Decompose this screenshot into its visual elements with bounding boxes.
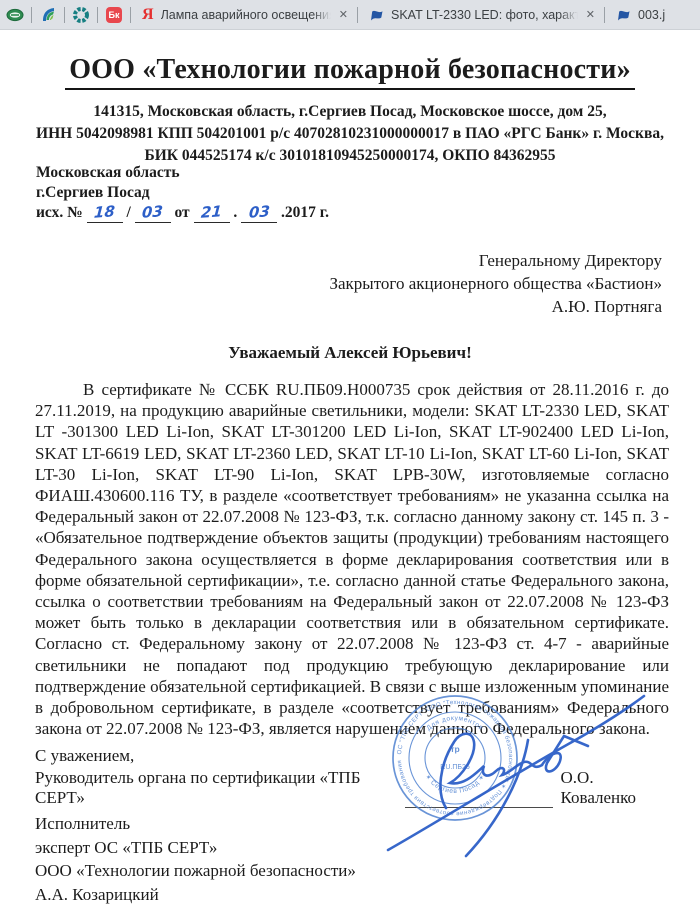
pinned-tab-fan-logo-icon[interactable] bbox=[33, 6, 63, 23]
executor-block: Исполнитель эксперт ОС «ТПБ СЕРТ» ООО «Т… bbox=[35, 812, 356, 906]
recipient-line: Закрытого акционерного общества «Бастион… bbox=[329, 272, 662, 295]
letter-document: ООО «Технологии пожарной безопасности» 1… bbox=[0, 30, 700, 910]
executor-line: эксперт ОС «ТПБ СЕРТ» bbox=[35, 836, 356, 860]
address-line: ИНН 5042098981 КПП 504201001 р/с 4070281… bbox=[0, 123, 700, 145]
tab-003-image[interactable]: 003.j bbox=[606, 0, 700, 30]
teal-wheel-logo-icon bbox=[72, 6, 90, 24]
closing-regards: С уважением, bbox=[35, 746, 134, 766]
tab-separator bbox=[130, 7, 131, 23]
ref-slash: / bbox=[126, 204, 130, 221]
place-line: г.Сергиев Посад bbox=[36, 183, 180, 203]
recipient-block: Генеральному Директору Закрытого акционе… bbox=[329, 249, 662, 318]
fan-logo-icon bbox=[40, 6, 57, 23]
green-oval-logo-icon bbox=[6, 8, 24, 22]
tab-title: Лампа аварийного освещения S bbox=[161, 8, 331, 22]
bk-logo-icon: Бк bbox=[106, 7, 122, 23]
tab-separator bbox=[31, 7, 32, 23]
recipient-line: Генеральному Директору bbox=[329, 249, 662, 272]
salutation: Уважаемый Алексей Юрьевич! bbox=[0, 343, 700, 363]
tab-skat-lt-2330[interactable]: SKAT LT-2330 LED: фото, характе ✕ bbox=[359, 0, 603, 30]
ref-suffix: .2017 г. bbox=[281, 204, 329, 221]
ref-ot: от bbox=[175, 204, 190, 221]
letter-body: В сертификате № ССБК RU.ПБ09.Н000735 сро… bbox=[35, 379, 669, 739]
closing-position: Руководитель органа по сертификации «ТПБ… bbox=[35, 768, 397, 808]
address-line: 141315, Московская область, г.Сергиев По… bbox=[0, 101, 700, 123]
pinned-tab-bk-logo-icon[interactable]: Бк bbox=[99, 7, 129, 23]
tab-separator bbox=[97, 7, 98, 23]
signature-line bbox=[405, 791, 553, 808]
executor-line: ООО «Технологии пожарной безопасности» bbox=[35, 859, 356, 883]
tab-close-icon[interactable]: ✕ bbox=[337, 6, 350, 23]
yandex-favicon-icon: Я bbox=[142, 7, 154, 23]
handwritten-number: 21 bbox=[201, 202, 223, 222]
ref-prefix: исх. № bbox=[36, 204, 83, 221]
handwritten-number: 03 bbox=[248, 202, 270, 222]
tab-close-icon[interactable]: ✕ bbox=[584, 6, 597, 23]
tab-title: SKAT LT-2330 LED: фото, характе bbox=[391, 8, 578, 22]
image-file-favicon-icon bbox=[616, 8, 631, 22]
stamp-emblem: тр bbox=[450, 744, 459, 754]
outgoing-ref-line: исх. № 18 / 03 от 21 . 03 .2017 г. bbox=[36, 203, 329, 223]
place-block: Московская область г.Сергиев Посад bbox=[36, 163, 180, 203]
image-file-favicon-icon bbox=[369, 8, 384, 22]
pinned-tab-green-oval-logo-icon[interactable] bbox=[0, 8, 30, 22]
place-line: Московская область bbox=[36, 163, 180, 183]
tab-yandex-search[interactable]: Я Лампа аварийного освещения S ✕ bbox=[132, 0, 356, 30]
ref-dot: . bbox=[233, 204, 237, 221]
tab-separator bbox=[604, 7, 605, 23]
browser-tab-bar: Бк Я Лампа аварийного освещения S ✕ SKAT… bbox=[0, 0, 700, 30]
handwritten-number: 03 bbox=[142, 202, 164, 222]
closing-signature-row: Руководитель органа по сертификации «ТПБ… bbox=[35, 768, 668, 808]
tab-separator bbox=[64, 7, 65, 23]
tab-separator bbox=[357, 7, 358, 23]
executor-line: А.А. Козарицкий bbox=[35, 883, 356, 907]
pinned-tab-teal-wheel-logo-icon[interactable] bbox=[66, 6, 96, 24]
recipient-line: А.Ю. Портняга bbox=[329, 295, 662, 318]
closing-name: О.О. Коваленко bbox=[561, 768, 668, 808]
tab-title: 003.j bbox=[638, 8, 694, 22]
letterhead-title: ООО «Технологии пожарной безопасности» bbox=[0, 54, 700, 90]
executor-line: Исполнитель bbox=[35, 812, 356, 836]
handwritten-number: 18 bbox=[94, 202, 116, 222]
letterhead-address: 141315, Московская область, г.Сергиев По… bbox=[0, 101, 700, 167]
